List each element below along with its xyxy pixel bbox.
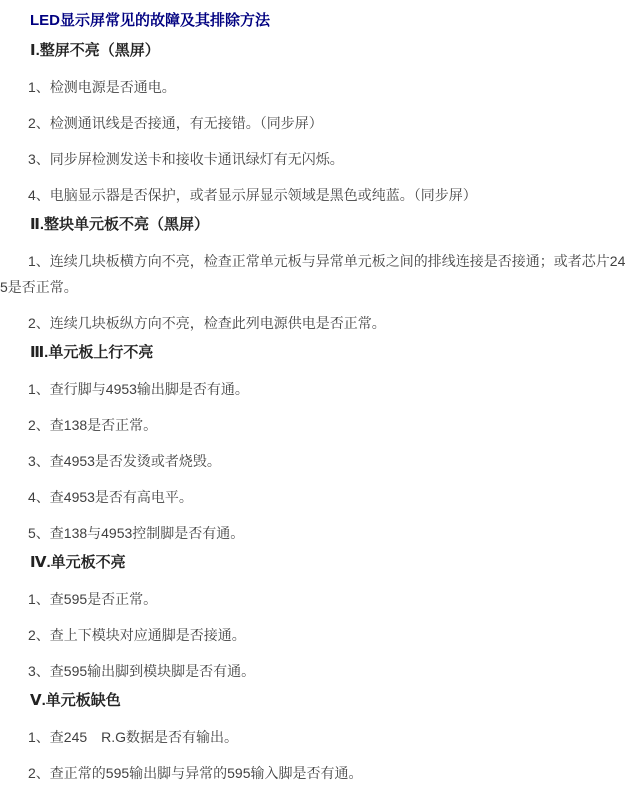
list-item: 1、检测电源是否通电。 (0, 74, 627, 100)
section-heading: Ⅰ.整屏不亮（黑屏） (0, 38, 627, 64)
list-item: 2、查138是否正常。 (0, 412, 627, 438)
list-item: 3、查595输出脚到模块脚是否有通。 (0, 658, 627, 684)
document-body: LED显示屏常见的故障及其排除方法 Ⅰ.整屏不亮（黑屏）1、检测电源是否通电。2… (0, 0, 633, 786)
page-title: LED显示屏常见的故障及其排除方法 (0, 8, 627, 34)
section-heading: Ⅳ.单元板不亮 (0, 550, 627, 576)
list-item: 1、连续几块板横方向不亮，检查正常单元板与异常单元板之间的排线连接是否接通；或者… (0, 248, 627, 300)
page: { "doc": { "title": "LED显示屏常见的故障及其排除方法",… (0, 0, 633, 799)
list-item: 4、电脑显示器是否保护，或者显示屏显示领域是黑色或纯蓝。（同步屏） (0, 182, 627, 208)
list-item: 3、查4953是否发烫或者烧毁。 (0, 448, 627, 474)
list-item: 4、查4953是否有高电平。 (0, 484, 627, 510)
list-item: 2、连续几块板纵方向不亮，检查此列电源供电是否正常。 (0, 310, 627, 336)
sections-container: Ⅰ.整屏不亮（黑屏）1、检测电源是否通电。2、检测通讯线是否接通，有无接错。（同… (0, 38, 627, 786)
list-item: 5、查138与4953控制脚是否有通。 (0, 520, 627, 546)
section-heading: Ⅱ.整块单元板不亮（黑屏） (0, 212, 627, 238)
section-heading: Ⅲ.单元板上行不亮 (0, 340, 627, 366)
list-item: 1、查245 R.G数据是否有输出。 (0, 724, 627, 750)
list-item: 2、查上下模块对应通脚是否接通。 (0, 622, 627, 648)
list-item: 1、查行脚与4953输出脚是否有通。 (0, 376, 627, 402)
section-heading: Ⅴ.单元板缺色 (0, 688, 627, 714)
list-item: 3、同步屏检测发送卡和接收卡通讯绿灯有无闪烁。 (0, 146, 627, 172)
list-item: 2、查正常的595输出脚与异常的595输入脚是否有通。 (0, 760, 627, 786)
list-item: 2、检测通讯线是否接通，有无接错。（同步屏） (0, 110, 627, 136)
list-item: 1、查595是否正常。 (0, 586, 627, 612)
